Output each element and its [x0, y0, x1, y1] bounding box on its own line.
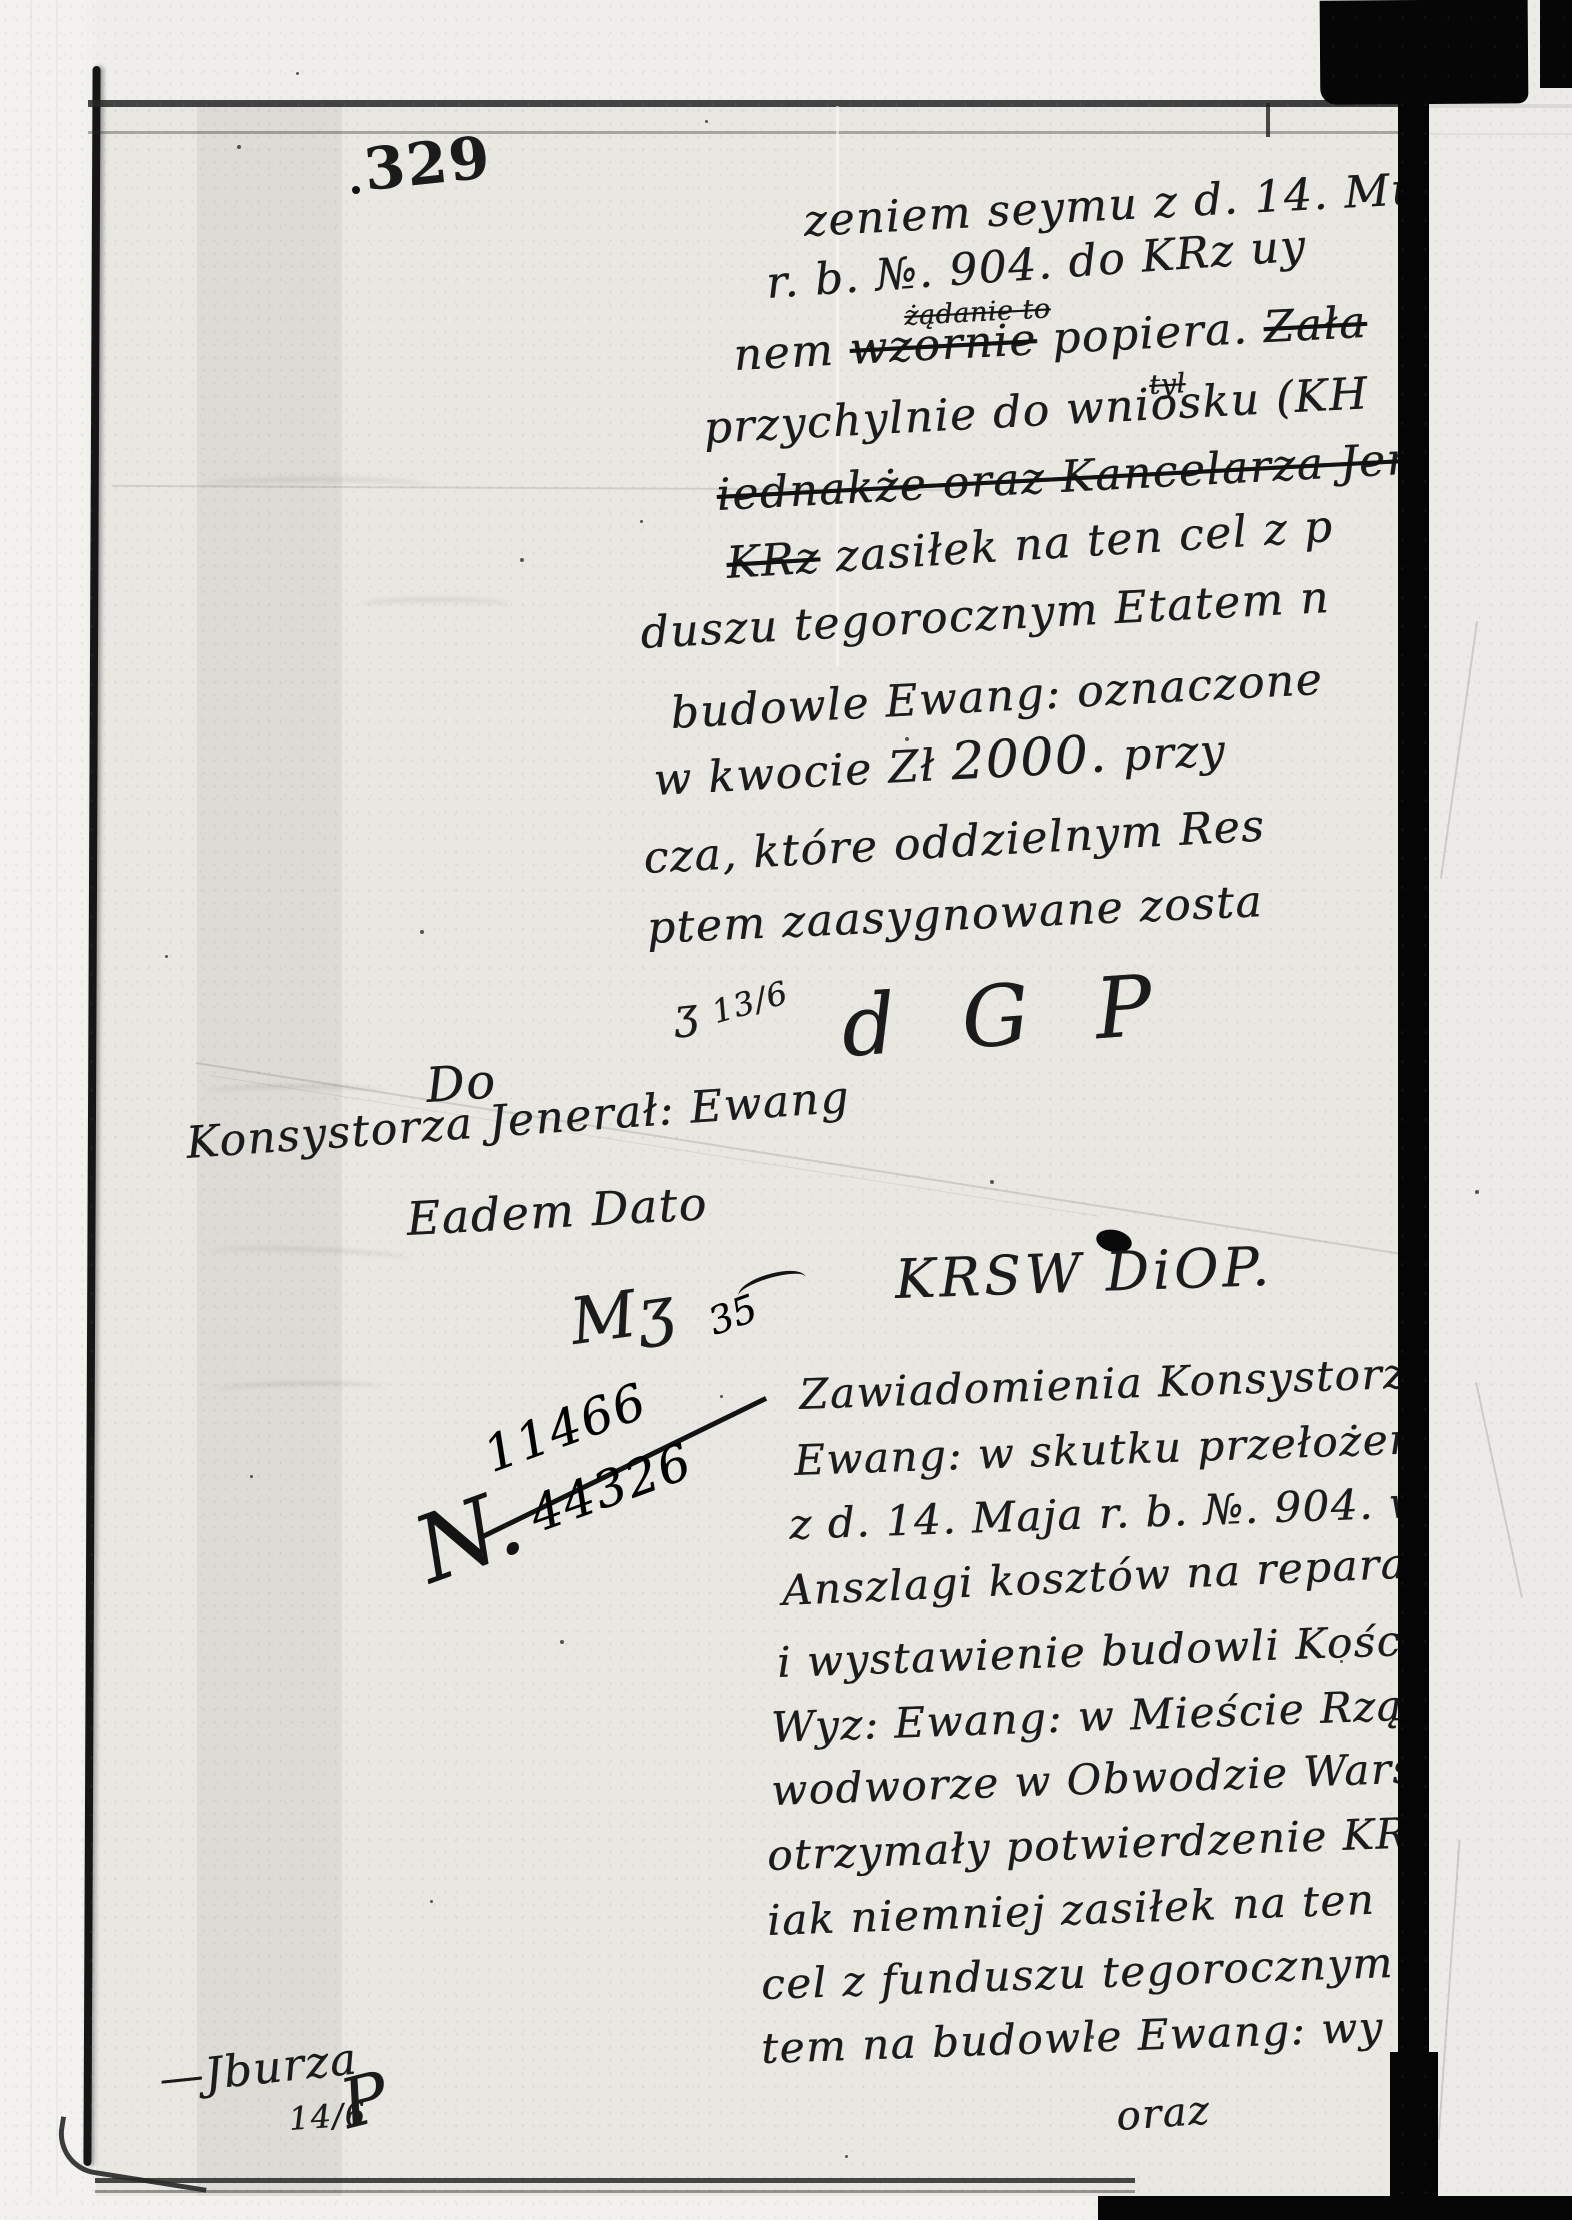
text-segment: w kwocie [652, 743, 889, 806]
dust-speck [990, 1180, 994, 1184]
adjacent-page-edge [1428, 0, 1572, 2220]
ink-bleedthrough [360, 598, 510, 613]
dust-speck [845, 2155, 848, 2158]
dust-speck [1475, 1190, 1479, 1194]
dust-speck [430, 1900, 433, 1903]
catchword: oraz [1115, 2088, 1212, 2140]
dust-speck [420, 930, 424, 934]
office-heading: KRSW DiOP. [894, 1235, 1274, 1311]
dust-speck [165, 955, 168, 958]
film-left-margin [0, 0, 86, 2220]
film-bottom-margin [0, 2196, 1135, 2220]
dust-speck [1090, 2035, 1094, 2039]
dust-speck [1230, 460, 1233, 463]
film-black-corner [1540, 0, 1572, 88]
text-segment: przy [1106, 725, 1227, 782]
dust-speck [250, 1475, 253, 1478]
dust-speck [237, 145, 241, 149]
page-top-edge-tick [1266, 103, 1270, 137]
struck-word: KRz [725, 532, 822, 589]
dust-speck [640, 520, 643, 523]
page-edge-line-faint [1428, 133, 1572, 135]
book-gutter-shadow-foot [1390, 2052, 1438, 2220]
dust-speck [296, 72, 299, 75]
film-scratch [1438, 1840, 1461, 2139]
page-edge-line [1428, 104, 1572, 108]
scanned-manuscript-page: 329 zeniem seymu z d. 14. Mu r. b. №. 90… [0, 0, 1572, 2220]
page-bottom-edge-line-faint [95, 2190, 1135, 2193]
flourish-dash: — [157, 2050, 208, 2105]
film-streak [56, 0, 58, 2220]
dust-speck [520, 558, 524, 562]
currency-symbol: Zł [887, 739, 953, 793]
page-top-edge-line-faint [88, 131, 1572, 134]
struck-word: Zała [1262, 297, 1368, 353]
page-bottom-edge-line [95, 2178, 1135, 2183]
text-segment: nem [732, 324, 851, 381]
page-top-margin [96, 0, 1400, 103]
ink-bleedthrough [200, 478, 430, 493]
book-gutter-shadow [1398, 86, 1429, 2220]
film-scratch [1475, 1382, 1523, 1598]
film-black-patch-top [1320, 0, 1529, 105]
address-paraph: Mʒ [566, 1272, 680, 1360]
dust-speck [705, 120, 708, 123]
film-black-patch-bottom [1098, 2196, 1572, 2220]
film-scratch [1440, 621, 1478, 879]
page-number: 329 [361, 123, 494, 204]
dust-speck [560, 1640, 564, 1644]
dust-speck [720, 1395, 723, 1398]
ink-bleedthrough [205, 1085, 385, 1100]
film-streak [30, 0, 32, 2220]
amount-value: 2000. [949, 724, 1108, 792]
interlinear-insertion: tyl [1148, 368, 1186, 401]
dust-speck [905, 737, 909, 741]
ink-dot [352, 186, 360, 194]
dust-speck [1340, 1660, 1343, 1663]
